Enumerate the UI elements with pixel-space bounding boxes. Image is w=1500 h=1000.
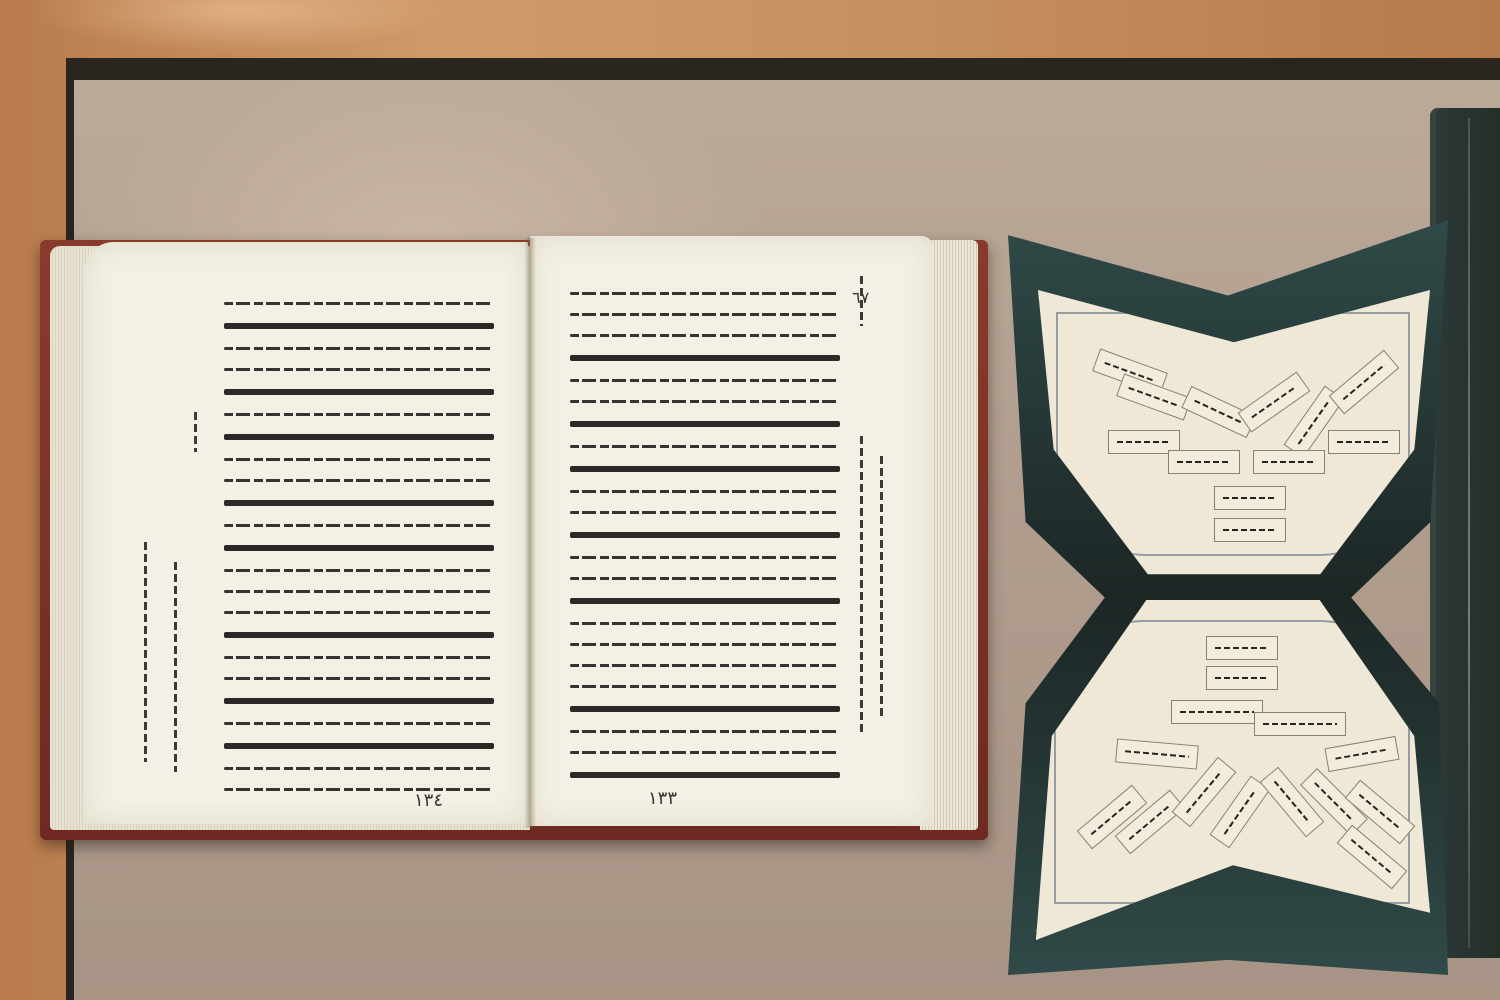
cartouche <box>1214 486 1286 510</box>
left-margin-notes <box>144 542 147 762</box>
right-margin-notes <box>860 436 863 736</box>
cartouche <box>1328 430 1400 454</box>
cartouche <box>1254 712 1346 736</box>
left-margin-notes-3 <box>194 412 197 452</box>
left-margin-notes-2 <box>174 562 177 772</box>
right-folio-number: ١٣٣ <box>648 788 677 809</box>
right-page-text <box>570 292 840 796</box>
book-gutter <box>524 238 536 828</box>
cartouche <box>1214 518 1286 542</box>
left-page: ١٣٤ <box>84 242 528 824</box>
panel-edge-highlight <box>1468 118 1470 948</box>
right-page: ٦٧ ١٣٣ <box>530 236 932 826</box>
cartouche <box>1206 636 1278 660</box>
cartouche <box>1168 450 1240 474</box>
cartouche <box>1253 450 1325 474</box>
right-margin-notes-2 <box>880 456 883 716</box>
left-page-text <box>224 302 494 809</box>
cartouche <box>1171 700 1263 724</box>
left-folio-number: ١٣٤ <box>414 790 443 811</box>
manuscript-large: ١٣٤ ٦٧ ١٣٣ <box>40 232 990 840</box>
manuscript-small <box>1008 220 1448 975</box>
right-corner-number: ٦٧ <box>852 288 869 307</box>
cartouche <box>1206 666 1278 690</box>
